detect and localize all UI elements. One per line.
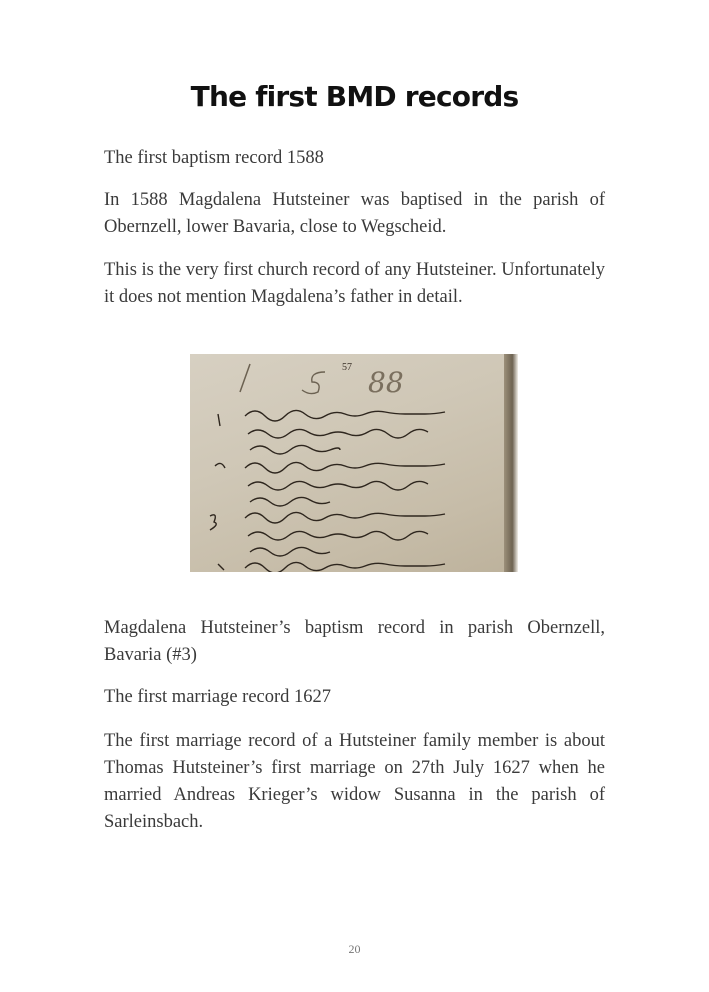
svg-text:88: 88: [368, 366, 404, 399]
handwriting-illustration: 57 88: [190, 354, 518, 572]
page-number: 20: [0, 942, 709, 957]
paragraph-marriage: The first marriage record of a Hutsteine…: [104, 728, 605, 836]
book-binding-edge: [504, 354, 518, 572]
paragraph-first-record: This is the very first church record of …: [104, 257, 605, 311]
subheading-first-baptism: The first baptism record 1588: [104, 145, 605, 172]
page-title: The first BMD records: [0, 80, 709, 113]
subheading-first-marriage: The first marriage record 1627: [104, 684, 605, 711]
paragraph-baptism-intro: In 1588 Magdalena Hutsteiner was baptise…: [104, 187, 605, 241]
document-page: The first BMD records The first baptism …: [0, 0, 709, 992]
figure-caption: Magdalena Hutsteiner’s baptism record in…: [104, 615, 605, 669]
svg-text:57: 57: [342, 362, 352, 373]
baptism-register-image: 57 88: [190, 354, 518, 572]
